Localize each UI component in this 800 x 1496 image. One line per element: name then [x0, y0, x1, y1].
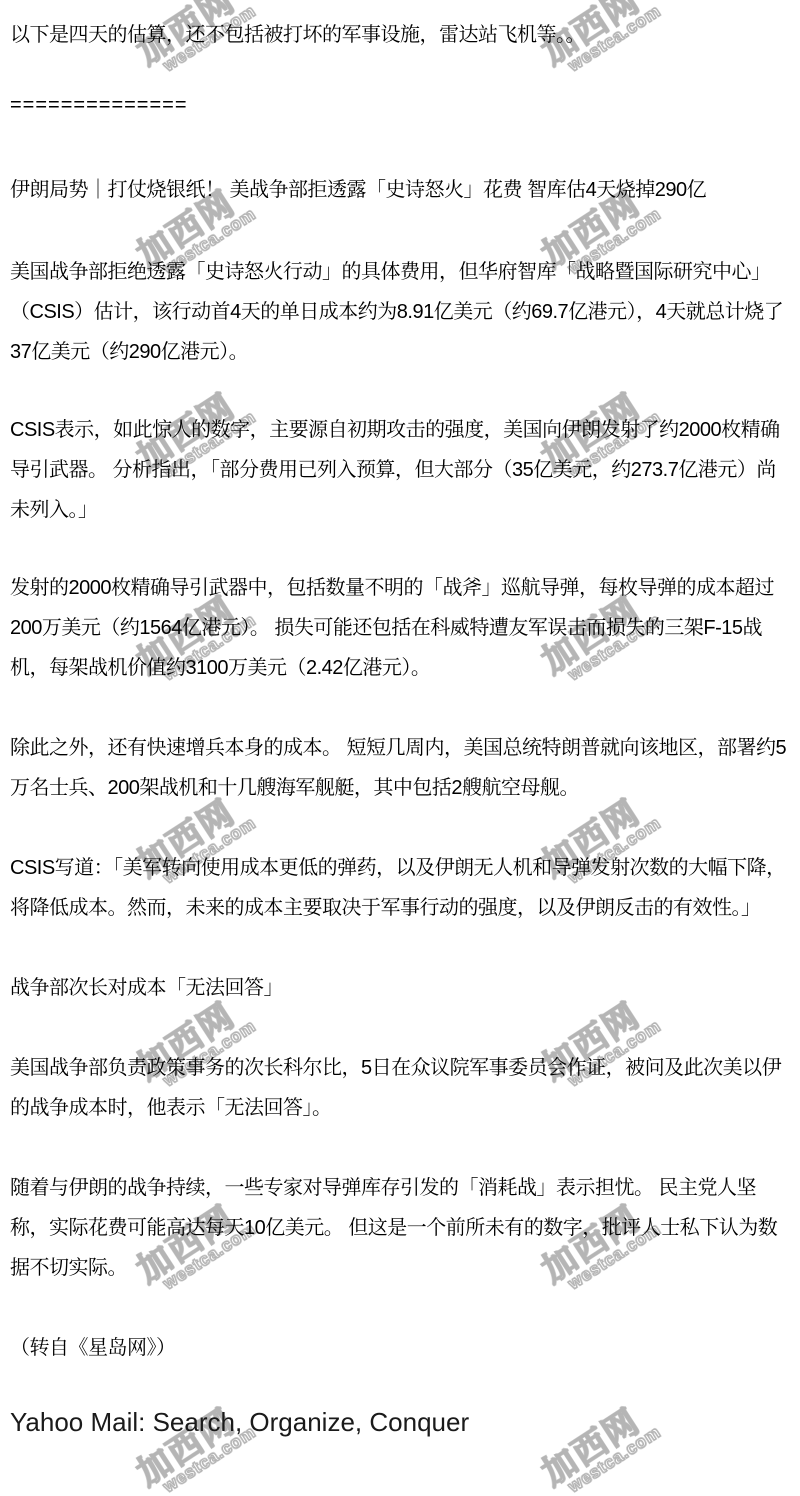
paragraph-csis-statement: CSIS表示，如此惊人的数字，主要源自初期攻击的强度，美国向伊朗发射了约2000… — [10, 410, 792, 530]
footer-tagline: Yahoo Mail: Search, Organize, Conquer — [10, 1402, 792, 1442]
paragraph-undersecretary: 美国战争部负责政策事务的次长科尔比，5日在众议院军事委员会作证，被问及此次美以伊… — [10, 1048, 792, 1128]
article-content: 以下是四天的估算，还不包括被打坏的军事设施，雷达站飞机等。。 =========… — [0, 15, 800, 1442]
paragraph-cost-estimate: 美国战争部拒绝透露「史诗怒火行动」的具体费用，但华府智库「战略暨国际研究中心」（… — [10, 252, 792, 372]
paragraph-troop-surge: 除此之外，还有快速增兵本身的成本。 短短几周内，美国总统特朗普就向该地区，部署约… — [10, 728, 792, 808]
article-title: 伊朗局势｜打仗烧银纸！ 美战争部拒透露「史诗怒火」花费 智库估4天烧掉290亿 — [10, 170, 792, 210]
source-attribution: （转自《星岛网》） — [10, 1328, 792, 1368]
divider-line: ============== — [10, 85, 792, 125]
intro-line: 以下是四天的估算，还不包括被打坏的军事设施，雷达站飞机等。。 — [10, 15, 792, 55]
paragraph-attrition-concern: 随着与伊朗的战争持续，一些专家对导弹库存引发的「消耗战」表示担忧。 民主党人坚称… — [10, 1168, 792, 1288]
article-page: 加西网westca.com加西网westca.com加西网westca.com加… — [0, 0, 800, 1496]
paragraph-csis-quote: CSIS写道：「美军转向使用成本更低的弹药，以及伊朗无人机和导弹发射次数的大幅下… — [10, 848, 792, 928]
paragraph-weapons-detail: 发射的2000枚精确导引武器中，包括数量不明的「战斧」巡航导弹，每枚导弹的成本超… — [10, 568, 792, 688]
subheading: 战争部次长对成本「无法回答」 — [10, 968, 792, 1008]
